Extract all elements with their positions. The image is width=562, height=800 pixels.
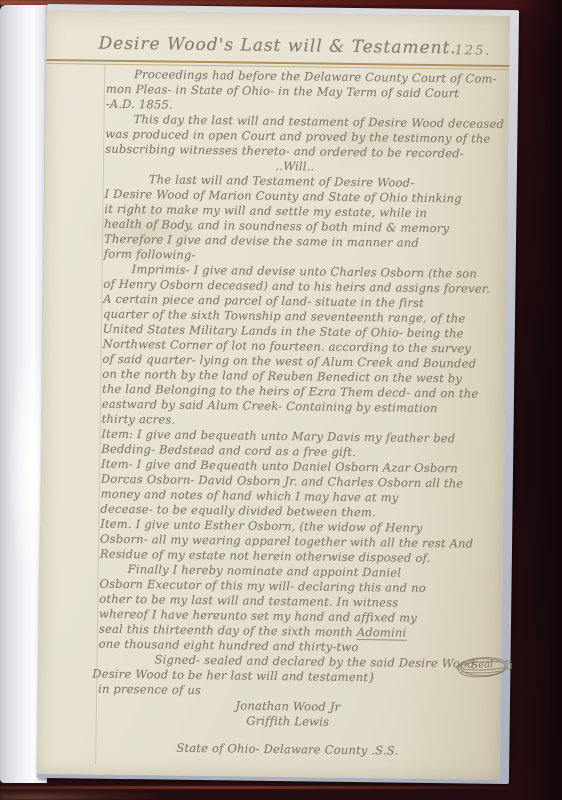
- seal-scribble: Seal: [452, 649, 514, 686]
- paper: Desire Wood's Last will & Testament. 125…: [37, 10, 510, 780]
- page-number: 125.: [454, 43, 491, 58]
- will-body-text: Proceedings had before the Delaware Coun…: [97, 67, 486, 760]
- text-line: State of Ohio- Delaware County .S.S.: [97, 740, 477, 760]
- page-title: Desire Wood's Last will & Testament.: [98, 34, 458, 59]
- underlined-word: Adomini: [357, 625, 407, 641]
- document-page: Desire Wood's Last will & Testament. 125…: [37, 4, 519, 784]
- book-cover-right: [518, 0, 562, 800]
- scanned-will-photo: Desire Wood's Last will & Testament. 125…: [0, 0, 562, 800]
- book-cover-bottom-corner: [0, 788, 170, 800]
